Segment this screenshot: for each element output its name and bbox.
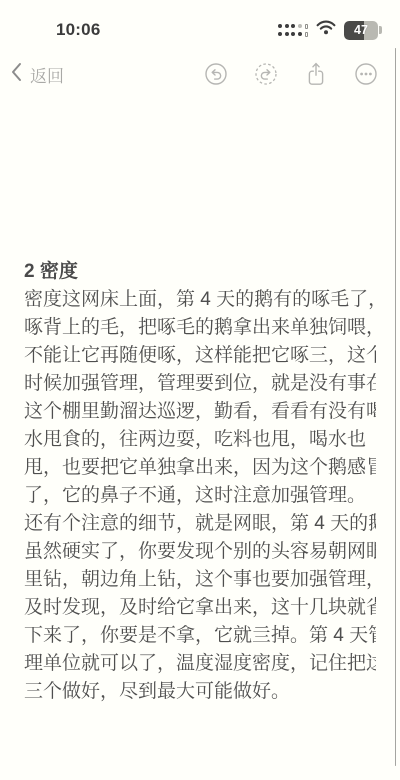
undo-icon — [204, 62, 228, 86]
share-icon — [304, 61, 328, 87]
back-label: 返回 — [30, 62, 64, 87]
nav-actions — [204, 61, 378, 87]
wifi-icon — [316, 20, 336, 40]
chevron-left-icon — [10, 62, 22, 87]
undo-button[interactable] — [204, 61, 228, 87]
share-button[interactable] — [304, 61, 328, 87]
document-content: 2 密度 密度这网床上面，第 4 天的鹅有的啄毛了， 啄背上的毛，把啄毛的鹅拿出… — [0, 258, 400, 706]
redo-icon — [254, 62, 278, 86]
redo-button[interactable] — [254, 61, 278, 87]
status-icons: 47 — [278, 20, 382, 40]
scrollbar[interactable] — [395, 48, 397, 766]
more-button[interactable] — [354, 61, 378, 87]
battery-icon: 47 — [344, 21, 382, 40]
status-bar: 10:06 47 — [0, 0, 400, 50]
battery-percent: 47 — [344, 21, 378, 40]
document-body-text: 密度这网床上面，第 4 天的鹅有的啄毛了， 啄背上的毛，把啄毛的鹅拿出来单独饲喂… — [24, 286, 376, 706]
status-time: 10:06 — [56, 20, 100, 40]
more-icon — [354, 62, 378, 86]
nav-bar: 返回 — [0, 50, 400, 98]
section-title: 2 密度 — [24, 258, 376, 286]
cellular-signal-icon — [278, 24, 308, 37]
back-button[interactable]: 返回 — [10, 62, 64, 87]
